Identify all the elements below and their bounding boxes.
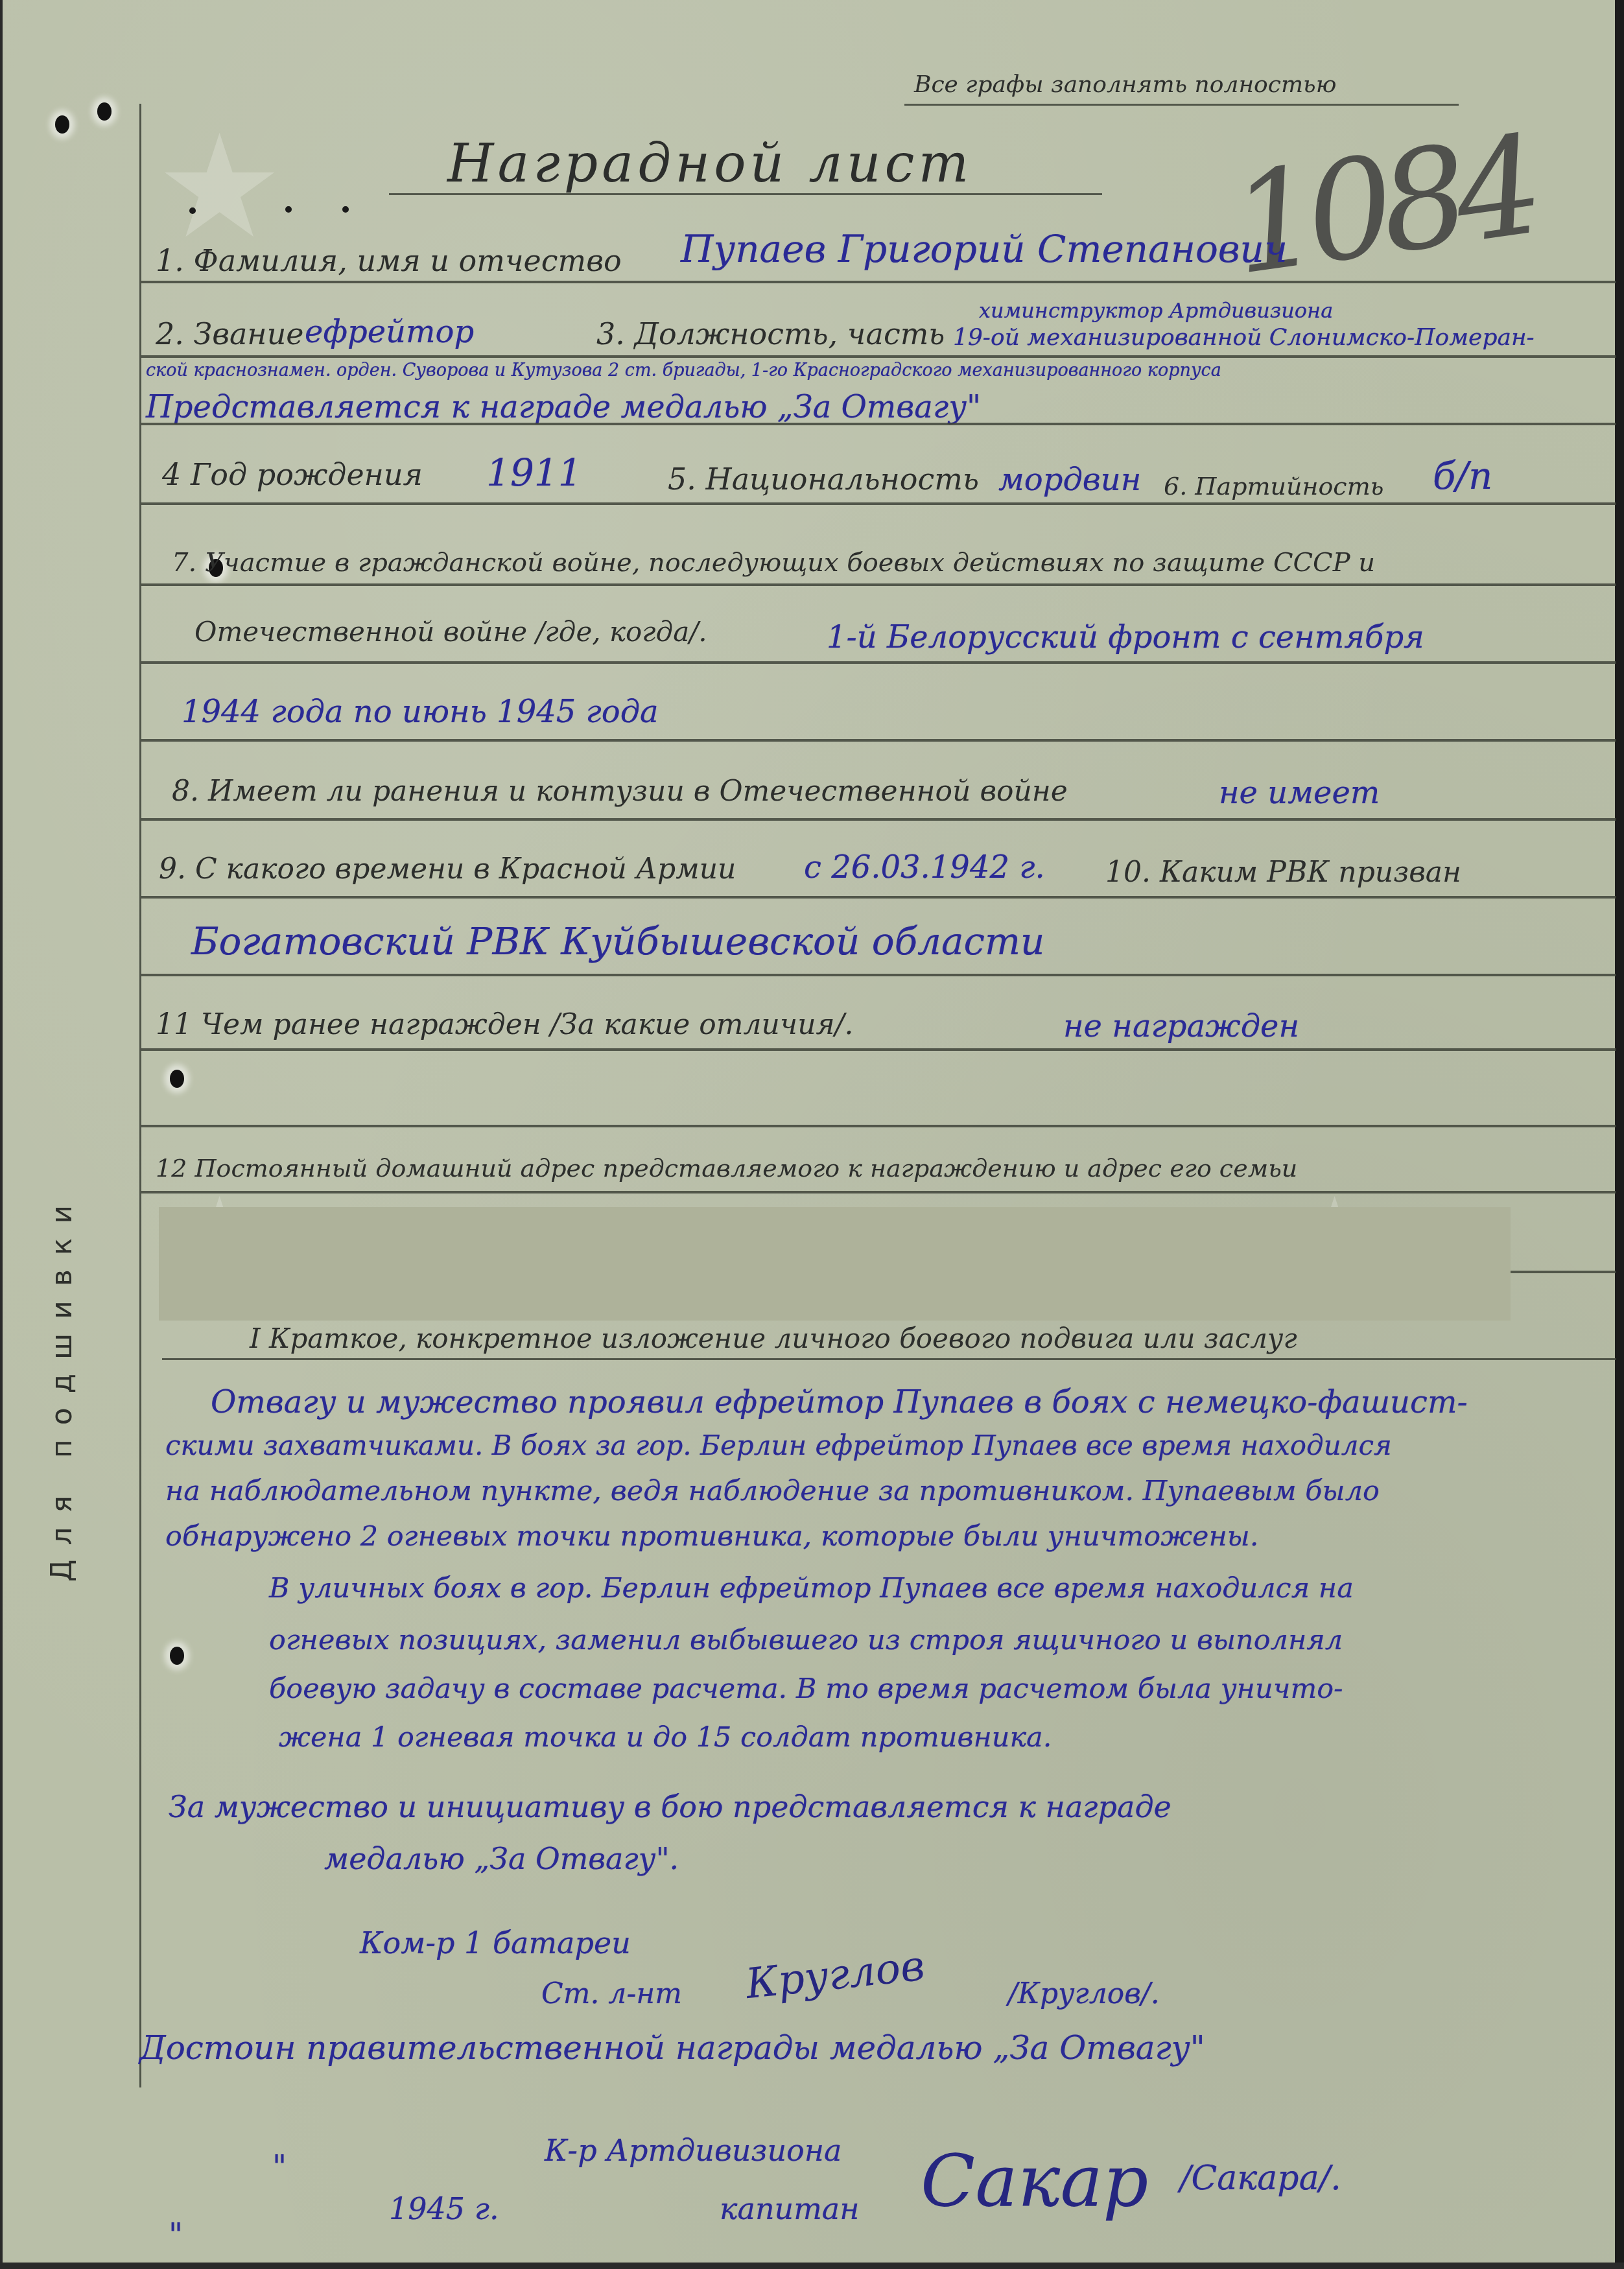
- binding-label: Для подшивки: [45, 1191, 78, 1582]
- feat-section-label: I Краткое, конкретное изложение личного …: [250, 1323, 1297, 1354]
- row-rule: [141, 1191, 1616, 1193]
- field-5-value: мордвин: [998, 462, 1141, 498]
- conclusion-line-1: За мужество и инициативу в бою представл…: [169, 1789, 1171, 1824]
- page-edge-bottom: [0, 2263, 1624, 2269]
- date-open-quote: ": [272, 2149, 287, 2185]
- redacted-address-block: [159, 1207, 1511, 1321]
- row-rule: [162, 1358, 1616, 1360]
- feat-line-6: огневых позициях, заменил выбывшего из с…: [269, 1624, 1343, 1656]
- feat-line-3: на наблюдательном пункте, ведя наблюдени…: [165, 1475, 1380, 1507]
- field-6-value: б/п: [1433, 454, 1492, 498]
- field-11-label: 11 Чем ранее награжден /За какие отличия…: [156, 1008, 854, 1041]
- row-rule: [141, 423, 1616, 425]
- title-underline: [389, 193, 1102, 195]
- margin-line: [139, 104, 141, 2087]
- battery-commander-position: Ком-р 1 батареи: [360, 1925, 631, 1960]
- field-4-value: 1911: [486, 451, 582, 495]
- battery-commander-rank: Ст. л-нт: [541, 1977, 682, 2010]
- field-7-label-line2: Отечественной войне /где, когда/.: [194, 616, 707, 648]
- punch-hole: [170, 1070, 184, 1088]
- header-note: Все графы заполнять полностью: [914, 71, 1336, 98]
- field-10-label: 10. Каким РВК призван: [1105, 856, 1461, 889]
- punch-hole: [97, 102, 112, 121]
- date-year: 1945 г.: [389, 2191, 499, 2226]
- row-rule: [141, 583, 1616, 586]
- feat-line-8: жена 1 огневая точка и до 15 солдат прот…: [279, 1721, 1052, 1754]
- field-11-value: не награжден: [1063, 1008, 1299, 1044]
- field-1-label: 1. Фамилия, имя и отчество: [156, 243, 622, 278]
- row-rule: [141, 818, 1616, 821]
- row-rule: [1511, 1271, 1616, 1273]
- feat-line-4: обнаружено 2 огневых точки противника, к…: [165, 1520, 1259, 1553]
- field-10-value: Богатовский РВК Куйбышевской области: [191, 919, 1044, 963]
- field-9-label: 9. С какого времени в Красной Армии: [159, 852, 736, 886]
- field-5-label: 5. Национальность: [668, 462, 979, 497]
- field-3-value-line3: ской краснознамен. орден. Суворова и Кут…: [146, 360, 1221, 381]
- row-rule: [141, 1048, 1616, 1051]
- field-3-label: 3. Должность, часть: [596, 316, 945, 351]
- row-rule: [141, 661, 1616, 664]
- field-12-label: 12 Постоянный домашний адрес представляе…: [156, 1154, 1297, 1182]
- field-2-label: 2. Звание: [156, 316, 304, 351]
- field-6-label: 6. Партийность: [1164, 472, 1383, 500]
- field-7-label-line1: 7. Участие в гражданской войне, последую…: [172, 548, 1375, 578]
- field-8-value: не имеет: [1219, 775, 1380, 811]
- page-title: Наградной лист: [447, 133, 972, 194]
- conclusion-line-2: медалью „За Отвагу".: [324, 1841, 679, 1876]
- row-rule: [141, 281, 1616, 283]
- division-commander-name: /Сакара/.: [1180, 2159, 1341, 2198]
- field-2-value: ефрейтор: [305, 314, 474, 350]
- battery-commander-signature: Круглов: [744, 1942, 927, 2008]
- row-rule: [141, 974, 1616, 976]
- resolution-text: Достоин правительственной награды медаль…: [139, 2029, 1205, 2067]
- page-edge-left: [0, 0, 3, 2269]
- page-edge-right: [1615, 0, 1624, 2269]
- division-commander-position: К-р Артдивизиона: [545, 2133, 841, 2168]
- field-1-value: Пупаев Григорий Степанович: [681, 227, 1288, 271]
- ink-dot: [342, 206, 349, 213]
- ink-dot: [285, 206, 292, 213]
- award-sheet: ★ ★ ★ Для подшивки Все графы заполнять п…: [0, 0, 1624, 2269]
- feat-line-7: боевую задачу в составе расчета. В то вр…: [269, 1673, 1343, 1705]
- field-7-value-line1: 1-й Белорусский фронт с сентября: [827, 619, 1424, 655]
- punch-hole: [55, 115, 69, 134]
- punch-hole: [170, 1647, 184, 1665]
- row-rule: [141, 1125, 1616, 1127]
- date-close-quote: ": [169, 2217, 183, 2253]
- field-9-value: с 26.03.1942 г.: [804, 849, 1045, 886]
- row-rule: [141, 739, 1616, 742]
- field-3-value-line1: химинструктор Артдивизиона: [979, 298, 1333, 323]
- feat-line-5: В уличных боях в гор. Берлин ефрейтор Пу…: [269, 1572, 1354, 1605]
- field-3-value-line2: 19-ой механизированной Слонимско-Померан…: [953, 324, 1535, 351]
- header-note-underline: [904, 104, 1459, 106]
- row-rule: [141, 896, 1616, 899]
- battery-commander-name: /Круглов/.: [1008, 1977, 1160, 2010]
- row-rule: [141, 355, 1616, 358]
- ink-dot: [189, 207, 196, 214]
- field-8-label: 8. Имеет ли ранения и контузии в Отечест…: [172, 775, 1068, 808]
- pencil-registration-mark: 1084: [1222, 106, 1541, 305]
- field-7-value-line2: 1944 года по июнь 1945 года: [182, 694, 659, 730]
- row-rule: [141, 502, 1616, 505]
- feat-line-2: скими захватчиками. В боях за гор. Берли…: [165, 1429, 1392, 1461]
- field-4-label: 4 Год рождения: [162, 457, 423, 492]
- division-commander-signature: Сакар: [921, 2139, 1148, 2222]
- nomination-text: Представляется к награде медалью „За Отв…: [146, 389, 981, 425]
- feat-line-1: Отвагу и мужество проявил ефрейтор Пупае…: [211, 1384, 1468, 1420]
- division-commander-rank: капитан: [720, 2191, 860, 2226]
